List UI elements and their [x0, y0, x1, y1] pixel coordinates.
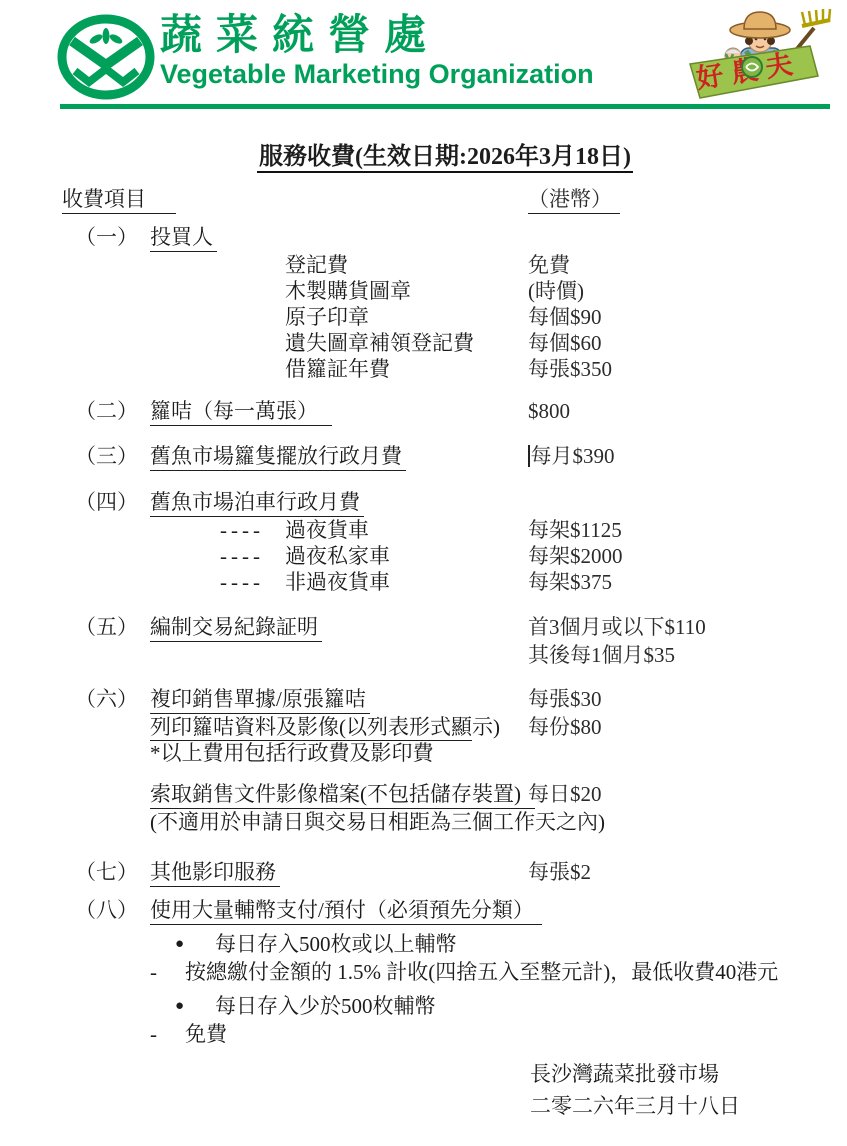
vmo-logo-icon	[56, 14, 156, 100]
dash-marker: ----	[220, 569, 264, 595]
fee-price: 每架$2000	[528, 543, 623, 569]
section-title: 籮咭（每一萬張）	[150, 398, 332, 426]
fee-label: 過夜貨車	[285, 517, 369, 543]
fee-row: 原子印章 每個$90	[60, 304, 830, 330]
fee-row: 登記費 免費	[60, 252, 830, 278]
bullet-text: 每日存入少於500枚輔幣	[215, 993, 436, 1019]
signature-date: 二零二六年三月十八日	[530, 1093, 830, 1119]
farmer-mascot-icon: 好農夫	[688, 4, 843, 104]
fee-row: 木製購貨圖章 (時價)	[60, 278, 830, 304]
letterhead: 蔬菜統營處 Vegetable Marketing Organization	[0, 0, 847, 104]
fee-price: 其後每1個月$35	[528, 642, 675, 668]
fee-row: 借籮証年費 每張$350	[60, 356, 830, 382]
fee-row: 索取銷售文件影像檔案(不包括儲存裝置) 每日$20	[60, 781, 830, 809]
fee-label-underlined: 列印籮咭資料及影像(以列表形式顯	[150, 715, 472, 741]
fee-price: 每份$80	[528, 714, 602, 740]
fee-price: 免費	[528, 252, 570, 278]
section-1-heading: （一） 投買人	[60, 224, 830, 252]
fee-price: 每個$60	[528, 330, 602, 356]
fee-price: 每張$2	[528, 859, 591, 885]
fee-label: 借籮証年費	[285, 356, 390, 382]
fee-row: ---- 過夜貨車 每架$1125	[60, 517, 830, 543]
signature-place: 長沙灣蔬菜批發市場	[530, 1061, 830, 1087]
fee-label-rest: 示)	[472, 715, 500, 739]
fee-label: 原子印章	[285, 304, 369, 330]
section-8-heading: （八） 使用大量輔幣支付/預付（必須預先分類）	[60, 897, 830, 925]
fee-label: 列印籮咭資料及影像(以列表形式顯示)	[150, 714, 500, 740]
fee-row: ---- 非過夜貨車 每架$375	[60, 569, 830, 595]
fee-price: 每架$375	[528, 569, 612, 595]
note-row: *以上費用包括行政費及影印費	[60, 740, 830, 766]
section-title: 使用大量輔幣支付/預付（必須預先分類）	[150, 897, 542, 925]
section-5-heading: （五） 編制交易紀錄証明 首3個月或以下$110	[60, 614, 830, 642]
fee-row: ---- 過夜私家車 每架$2000	[60, 543, 830, 569]
dash-icon: -	[150, 1021, 157, 1047]
detail-text: 免費	[185, 1021, 227, 1047]
fee-price: 每架$1125	[528, 517, 622, 543]
section-number: （二）	[75, 398, 138, 424]
document-body: 服務收費(生效日期:2026年3月18日) 收費項目 （港幣） （一） 投買人 …	[60, 132, 830, 1119]
fee-price: $800	[528, 398, 570, 424]
section-8: （八） 使用大量輔幣支付/預付（必須預先分類） ● 每日存入500枚或以上輔幣 …	[60, 897, 830, 1047]
dash-icon: -	[150, 959, 157, 985]
fee-price: 每張$30	[528, 686, 602, 712]
section-title: 其他影印服務	[150, 859, 280, 887]
green-divider-rule	[60, 104, 830, 109]
section-6: （六） 複印銷售單據/原張籮咭 每張$30 列印籮咭資料及影像(以列表形式顯示)…	[60, 686, 830, 835]
section-2: （二） 籮咭（每一萬張） $800	[60, 398, 830, 426]
fee-price-text: 每月$390	[531, 444, 615, 468]
fee-label: 過夜私家車	[285, 543, 390, 569]
fee-label: 遺失圖章補領登記費	[285, 330, 474, 356]
note-text: *以上費用包括行政費及影印費	[150, 740, 434, 766]
note-text: (不適用於申請日與交易日相距為三個工作天之內)	[150, 809, 605, 835]
org-name-zh: 蔬菜統營處	[160, 12, 594, 58]
column-header-currency: （港幣）	[528, 186, 620, 214]
section-title: 舊魚市場泊車行政月費	[150, 489, 364, 517]
section-number: （四）	[75, 489, 138, 515]
dash-marker: ----	[220, 543, 264, 569]
bullet-icon: ●	[175, 931, 184, 957]
column-header-item: 收費項目	[62, 186, 176, 214]
section-3: （三） 舊魚市場籮隻擺放行政月費 每月$390	[60, 443, 830, 471]
section-number: （五）	[75, 614, 138, 640]
detail-row: - 免費	[60, 1021, 830, 1047]
fee-price: 每月$390	[528, 443, 615, 469]
bullet-row: ● 每日存入500枚或以上輔幣	[60, 931, 830, 957]
section-title: 投買人	[150, 224, 217, 252]
section-5: （五） 編制交易紀錄証明 首3個月或以下$110 其後每1個月$35	[60, 614, 830, 668]
fee-price: 每日$20	[528, 781, 602, 807]
bullet-text: 每日存入500枚或以上輔幣	[215, 931, 457, 957]
section-4: （四） 舊魚市場泊車行政月費 ---- 過夜貨車 每架$1125 ---- 過夜…	[60, 489, 830, 595]
bullet-icon: ●	[175, 993, 184, 1019]
fee-label: 木製購貨圖章	[285, 278, 411, 304]
fee-row: 列印籮咭資料及影像(以列表形式顯示) 每份$80	[60, 714, 830, 740]
text-cursor	[528, 445, 530, 467]
signature-block: 長沙灣蔬菜批發市場 二零二六年三月十八日	[60, 1061, 830, 1119]
document-title: 服務收費(生效日期:2026年3月18日)	[60, 140, 830, 174]
bullet-row: ● 每日存入少於500枚輔幣	[60, 993, 830, 1019]
note-row: (不適用於申請日與交易日相距為三個工作天之內)	[60, 809, 830, 835]
fee-label: 登記費	[285, 252, 348, 278]
fee-price: (時價)	[528, 278, 584, 304]
detail-text: 按總繳付金額的 1.5% 計收(四捨五入至整元計)，最低收費40港元	[185, 959, 778, 985]
brand-text: 蔬菜統營處 Vegetable Marketing Organization	[160, 12, 594, 89]
document-title-text: 服務收費(生效日期:2026年3月18日)	[257, 144, 633, 173]
section-title: 舊魚市場籮隻擺放行政月費	[150, 443, 406, 471]
fee-label: 索取銷售文件影像檔案(不包括儲存裝置)	[150, 781, 535, 809]
fee-row: 遺失圖章補領登記費 每個$60	[60, 330, 830, 356]
fee-price-continued: 其後每1個月$35	[60, 642, 830, 668]
column-headers: 收費項目 （港幣）	[60, 186, 830, 214]
section-7: （七） 其他影印服務 每張$2	[60, 859, 830, 887]
fee-row: （六） 複印銷售單據/原張籮咭 每張$30	[60, 686, 830, 714]
section-4-heading: （四） 舊魚市場泊車行政月費	[60, 489, 830, 517]
section-title: 編制交易紀錄証明	[150, 614, 322, 642]
detail-row: - 按總繳付金額的 1.5% 計收(四捨五入至整元計)，最低收費40港元	[60, 959, 830, 985]
section-number: （七）	[75, 859, 138, 885]
fee-label: 複印銷售單據/原張籮咭	[150, 686, 370, 714]
fee-schedule-page: 蔬菜統營處 Vegetable Marketing Organization	[0, 0, 847, 1146]
section-number: （一）	[75, 224, 138, 250]
fee-label: 非過夜貨車	[285, 569, 390, 595]
fee-price: 每張$350	[528, 356, 612, 382]
section-number: （八）	[75, 897, 138, 923]
section-1: （一） 投買人 登記費 免費 木製購貨圖章 (時價) 原子印章 每個$90 遺失…	[60, 224, 830, 382]
dash-marker: ----	[220, 517, 264, 543]
section-number: （三）	[75, 443, 138, 469]
fee-price: 每個$90	[528, 304, 602, 330]
section-number: （六）	[75, 686, 138, 712]
fee-price: 首3個月或以下$110	[528, 614, 706, 640]
org-name-en: Vegetable Marketing Organization	[160, 59, 594, 89]
